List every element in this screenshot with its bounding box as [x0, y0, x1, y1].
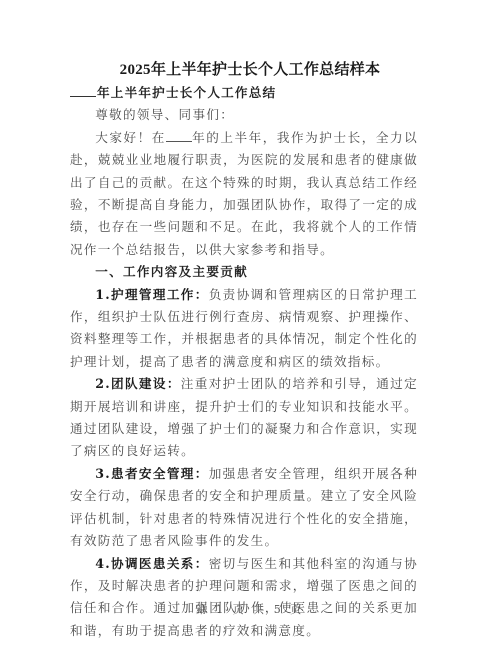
document-body: 年上半年护士长个人工作总结 尊敬的领导、同事们： 大家好！在年的上半年，我作为护…: [70, 82, 418, 642]
blank-underline: [166, 130, 192, 142]
document-page: 2025年上半年护士长个人工作总结样本 年上半年护士长个人工作总结 尊敬的领导、…: [0, 0, 500, 647]
document-title: 2025年上半年护士长个人工作总结样本: [0, 58, 500, 79]
list-item: 4.协调医患关系：密切与医生和其他科室的沟通与协作，及时解决患者的护理问题和需求…: [70, 553, 418, 643]
list-item: 1.护理管理工作：负责协调和管理病区的日常护理工作，组织护士队伍进行例行查房、病…: [70, 284, 418, 374]
list-item: 2.团队建设：注重对护士团队的培养和引导，通过定期开展培训和讲座，提升护士们的专…: [70, 373, 418, 463]
subtitle-text: 年上半年护士长个人工作总结: [97, 85, 276, 100]
item-label: 1.护理管理工作：: [95, 287, 209, 302]
item-label: 2.团队建设：: [95, 376, 181, 391]
item-label: 3.患者安全管理：: [95, 466, 209, 481]
document-subtitle: 年上半年护士长个人工作总结: [70, 82, 418, 104]
blank-underline: [70, 85, 96, 97]
intro-text: 年的上半年，我作为护士长，全力以赴，兢兢业业地履行职责，为医院的发展和患者的健康…: [70, 130, 418, 257]
item-label: 4.协调医患关系：: [95, 556, 209, 571]
list-item: 3.患者安全管理：加强患者安全管理，组织开展各种安全行动，确保患者的安全和护理质…: [70, 463, 418, 553]
intro-paragraph: 大家好！在年的上半年，我作为护士长，全力以赴，兢兢业业地履行职责，为医院的发展和…: [70, 127, 418, 261]
page-number: 第 1 页 共 5 页: [0, 601, 500, 617]
section-heading: 一、工作内容及主要贡献: [70, 261, 418, 283]
greeting: 尊敬的领导、同事们：: [70, 104, 418, 126]
intro-prefix: 大家好！在: [95, 130, 166, 145]
